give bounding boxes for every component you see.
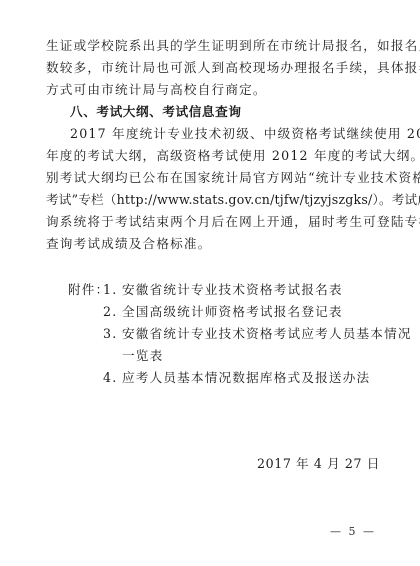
attachment-title: 全国高级统计师资格考试报名登记表 xyxy=(122,301,343,323)
paragraph-line: 询系统将于考试结束两个月后在网上开通，届时考生可登陆专栏， xyxy=(46,211,380,233)
paragraph-line: 年度的考试大纲，高级资格考试使用 2012 年度的考试大纲。各级 xyxy=(46,145,380,167)
section-heading: 八、考试大纲、考试信息查询 xyxy=(70,101,380,123)
attachment-number: 3. xyxy=(103,323,117,345)
paragraph-line: 2017 年度统计专业技术初级、中级资格考试继续使用 2010 xyxy=(70,123,380,145)
paragraph-line: 别考试大纲均已公布在国家统计局官方网站“统计专业技术资格 xyxy=(46,167,380,189)
paragraph-line-with-url: 考试”专栏（http://www.stats.gov.cn/tjfw/tjzyj… xyxy=(46,189,380,211)
page-number: — 5 — xyxy=(330,522,376,542)
paragraph-line: 查询考试成绩及合格标准。 xyxy=(46,233,380,255)
attachment-title: 安徽省统计专业技术资格考试应考人员基本情况 xyxy=(122,323,412,345)
document-date: 2017 年 4 月 27 日 xyxy=(257,453,380,475)
paragraph-line: 数较多，市统计局也可派人到高校现场办理报名手续，具体报名 xyxy=(46,57,380,79)
attachment-title: 应考人员基本情况数据库格式及报送办法 xyxy=(122,367,370,389)
attachment-title: 安徽省统计专业技术资格考试报名表 xyxy=(122,279,343,301)
document-page: 生证或学校院系出具的学生证明到所在市统计局报名，如报名人 数较多，市统计局也可派… xyxy=(0,0,420,566)
paragraph-line: 生证或学校院系出具的学生证明到所在市统计局报名，如报名人 xyxy=(46,35,380,57)
attachment-title: 一览表 xyxy=(122,345,163,367)
attachment-number: 1. xyxy=(103,279,117,301)
attachment-number: 2. xyxy=(103,301,117,323)
paragraph-line: 方式可由市统计局与高校自行商定。 xyxy=(46,79,380,101)
attachment-number: 4. xyxy=(103,367,117,389)
